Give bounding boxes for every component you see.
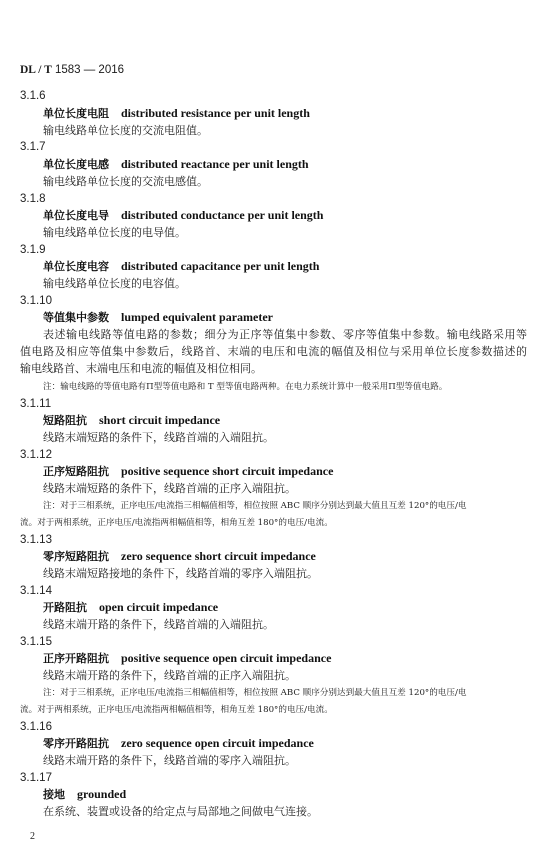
term-zh: 单位长度电感 <box>43 158 109 171</box>
term-title: 开路阻抗open circuit impedance <box>43 600 218 615</box>
clause-number: 3.1.11 <box>20 397 51 412</box>
term-en: positive sequence open circuit impedance <box>121 651 331 665</box>
clause-number: 3.1.12 <box>20 448 52 463</box>
term-title: 单位长度电导distributed conductance per unit l… <box>43 208 323 223</box>
term-definition: 线路末端短路接地的条件下，线路首端的零序入端阻抗。 <box>43 566 318 581</box>
term-definition: 线路末端短路的条件下，线路首端的正序入端阻抗。 <box>43 481 296 496</box>
term-zh: 单位长度电容 <box>43 260 109 273</box>
standard-header: DL / T 1583 — 2016 <box>20 64 124 76</box>
term-en: grounded <box>77 787 126 801</box>
term-title: 短路阻抗short circuit impedance <box>43 413 220 428</box>
term-en: positive sequence short circuit impedanc… <box>121 464 333 478</box>
term-en: distributed capacitance per unit length <box>121 259 319 273</box>
term-zh: 短路阻抗 <box>43 414 87 427</box>
term-note-line: 注：对于三相系统，正序电压/电流指三相幅值相等，相位按照 ABC 顺序分别达到最… <box>43 499 466 514</box>
term-definition: 线路末端开路的条件下，线路首端的入端阻抗。 <box>43 617 274 632</box>
term-note: 注：输电线路的等值电路有Π型等值电路和 T 型等值电路两种。在电力系统计算中一般… <box>43 380 447 395</box>
term-title: 正序开路阻抗positive sequence open circuit imp… <box>43 651 331 666</box>
term-definition: 输电线路单位长度的交流电阻值。 <box>43 123 208 138</box>
term-note-line: 注：对于三相系统，正序电压/电流指三相幅值相等，相位按照 ABC 顺序分别达到最… <box>43 686 466 701</box>
term-title: 正序短路阻抗positive sequence short circuit im… <box>43 464 333 479</box>
term-en: distributed reactance per unit length <box>121 157 309 171</box>
term-en: open circuit impedance <box>99 600 218 614</box>
clause-number: 3.1.17 <box>20 771 52 786</box>
clause-number: 3.1.16 <box>20 720 52 735</box>
definition-line: 表述输电线路等值电路的参数；细分为正序等值集中参数、零序等值集中参数。输电线路采… <box>43 327 527 342</box>
clause-number: 3.1.8 <box>20 192 46 207</box>
clause-number: 3.1.13 <box>20 533 52 548</box>
standard-code: 1583 — 2016 <box>55 64 124 76</box>
term-title: 单位长度电阻distributed resistance per unit le… <box>43 106 310 121</box>
term-definition: 输电线路单位长度的电容值。 <box>43 276 186 291</box>
document-page: DL / T 1583 — 2016 3.1.6 单位长度电阻distribut… <box>0 0 554 859</box>
term-zh: 正序短路阻抗 <box>43 465 109 478</box>
term-definition: 线路末端开路的条件下，线路首端的正序入端阻抗。 <box>43 668 296 683</box>
term-definition: 线路末端开路的条件下，线路首端的零序入端阻抗。 <box>43 753 296 768</box>
term-definition: 在系统、装置或设备的给定点与局部地之间做电气连接。 <box>43 804 318 819</box>
term-title: 零序开路阻抗zero sequence open circuit impedan… <box>43 736 314 751</box>
term-note-line: 流。对于两相系统，正序电压/电流指两相幅值相等，相角互差 180°的电压/电流。 <box>20 703 333 718</box>
clause-number: 3.1.15 <box>20 635 52 650</box>
page-number: 2 <box>30 829 35 844</box>
clause-number: 3.1.7 <box>20 140 46 155</box>
clause-number: 3.1.14 <box>20 584 52 599</box>
term-title: 单位长度电感distributed reactance per unit len… <box>43 157 309 172</box>
term-zh: 零序短路阻抗 <box>43 550 109 563</box>
term-zh: 开路阻抗 <box>43 601 87 614</box>
definition-line: 输电线路首、末端电压和电流的幅值及相位相同。 <box>20 361 262 376</box>
term-en: distributed resistance per unit length <box>121 106 310 120</box>
clause-number: 3.1.9 <box>20 243 46 258</box>
term-en: zero sequence short circuit impedance <box>121 549 316 563</box>
term-definition: 线路末端短路的条件下，线路首端的入端阻抗。 <box>43 430 274 445</box>
term-zh: 等值集中参数 <box>43 311 109 324</box>
term-zh: 接地 <box>43 788 65 801</box>
term-title: 接地grounded <box>43 787 126 802</box>
term-zh: 零序开路阻抗 <box>43 737 109 750</box>
term-zh: 正序开路阻抗 <box>43 652 109 665</box>
term-en: distributed conductance per unit length <box>121 208 323 222</box>
clause-number: 3.1.6 <box>20 89 46 104</box>
term-definition: 输电线路单位长度的交流电感值。 <box>43 174 208 189</box>
term-title: 单位长度电容distributed capacitance per unit l… <box>43 259 319 274</box>
term-definition: 输电线路单位长度的电导值。 <box>43 225 186 240</box>
term-en: short circuit impedance <box>99 413 220 427</box>
term-title: 零序短路阻抗zero sequence short circuit impeda… <box>43 549 316 564</box>
term-title: 等值集中参数lumped equivalent parameter <box>43 310 273 325</box>
clause-number: 3.1.10 <box>20 294 52 309</box>
term-en: lumped equivalent parameter <box>121 310 273 324</box>
definition-line: 值电路及相应等值集中参数后，线路首、末端的电压和电流的幅值及相位与采用单位长度参… <box>20 344 527 359</box>
term-zh: 单位长度电阻 <box>43 107 109 120</box>
term-note-line: 流。对于两相系统，正序电压/电流指两相幅值相等，相角互差 180°的电压/电流。 <box>20 516 333 531</box>
standard-prefix: DL / T <box>20 64 52 76</box>
term-zh: 单位长度电导 <box>43 209 109 222</box>
term-en: zero sequence open circuit impedance <box>121 736 314 750</box>
